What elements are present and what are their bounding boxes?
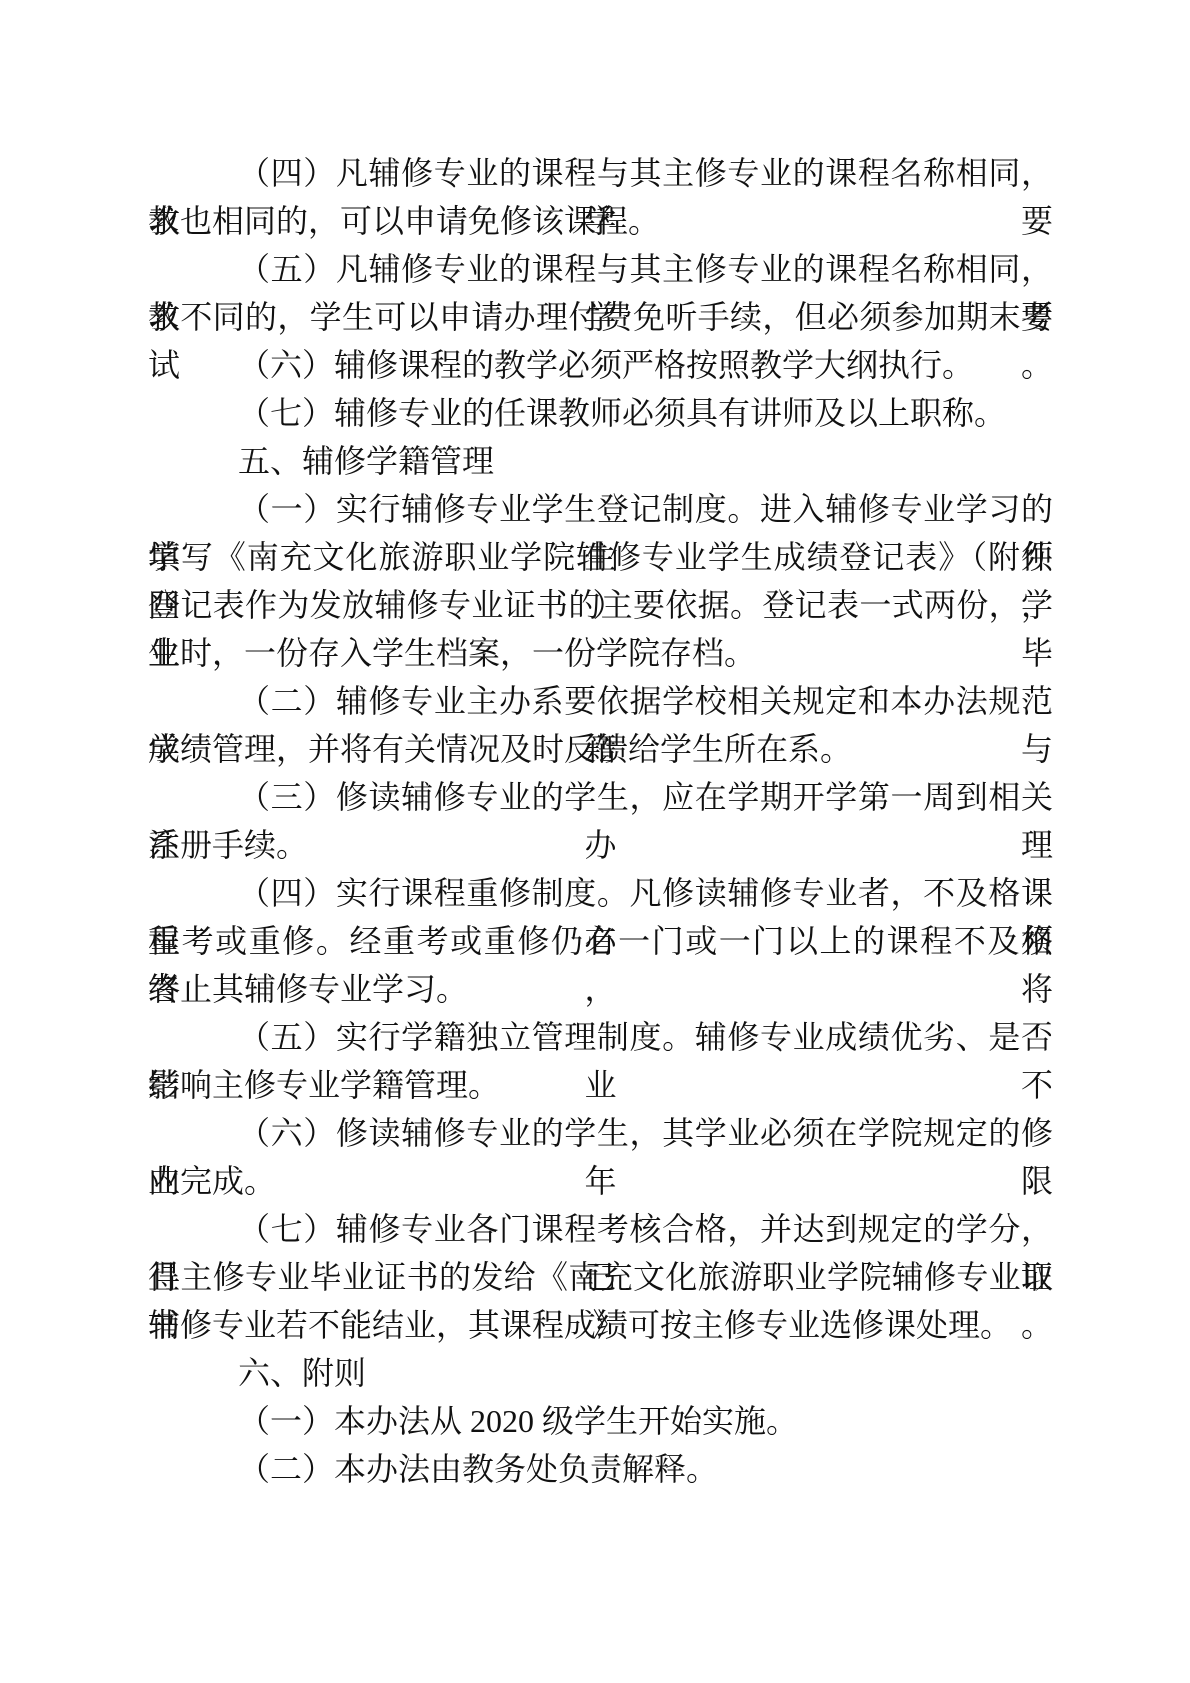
text-line: （一）实行辅修专业学生登记制度。进入辅修专业学习的学生须 (148, 485, 1053, 533)
document-text-block: （四）凡辅修专业的课程与其主修专业的课程名称相同，教学要求也相同的，可以申请免修… (148, 149, 1053, 1493)
text-line: （四）凡辅修专业的课程与其主修专业的课程名称相同，教学要 (148, 149, 1053, 197)
text-line: 六、附则 (148, 1349, 1053, 1397)
text-line: 重考或重修。经重考或重修仍有一门或一门以上的课程不及格者，将 (148, 917, 1053, 965)
text-line: （二）辅修专业主办系要依据学校相关规定和本办法规范学籍与 (148, 677, 1053, 725)
text-line: （五）实行学籍独立管理制度。辅修专业成绩优劣、是否结业不 (148, 1013, 1053, 1061)
text-line: （二）本办法由教务处负责解释。 (148, 1445, 1053, 1493)
document-page: （四）凡辅修专业的课程与其主修专业的课程名称相同，教学要求也相同的，可以申请免修… (0, 0, 1190, 1683)
text-line: 辅修专业若不能结业，其课程成绩可按主修专业选修课处理。 (148, 1301, 1053, 1349)
text-line: 登记表作为发放辅修专业证书的主要依据。登记表一式两份，学生毕 (148, 581, 1053, 629)
text-line: （五）凡辅修专业的课程与其主修专业的课程名称相同，教学要 (148, 245, 1053, 293)
text-line: （七）辅修专业各门课程考核合格，并达到规定的学分，且已取 (148, 1205, 1053, 1253)
text-line: 得主修专业毕业证书的发给《南充文化旅游职业学院辅修专业证书》。 (148, 1253, 1053, 1301)
text-line: （六）辅修课程的教学必须严格按照教学大纲执行。 (148, 341, 1053, 389)
text-line: （六）修读辅修专业的学生，其学业必须在学院规定的修业年限 (148, 1109, 1053, 1157)
text-line: 填写《南充文化旅游职业学院辅修专业学生成绩登记表》（附件四）， (148, 533, 1053, 581)
text-line: 五、辅修学籍管理 (148, 437, 1053, 485)
text-line: （四）实行课程重修制度。凡修读辅修专业者，不及格课程必须 (148, 869, 1053, 917)
text-line: （一）本办法从 2020 级学生开始实施。 (148, 1397, 1053, 1445)
text-line: （七）辅修专业的任课教师必须具有讲师及以上职称。 (148, 389, 1053, 437)
text-line: 求不同的，学生可以申请办理付费免听手续，但必须参加期末考试。 (148, 293, 1053, 341)
text-line: （三）修读辅修专业的学生，应在学期开学第一周到相关系办理 (148, 773, 1053, 821)
